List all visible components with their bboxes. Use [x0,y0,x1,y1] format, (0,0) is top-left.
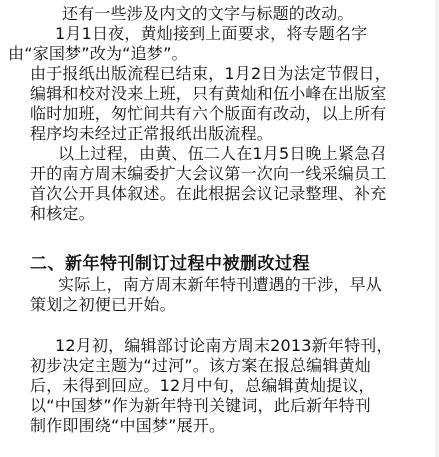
text-line: 以上过程，由黄、伍二人在1月5日晚上紧急召 [58,144,387,164]
text-line: 还有一些涉及内文的文字与标题的改动。 [62,4,354,24]
page-edge-strip [435,0,439,457]
text-line: 临时加班，匆忙间共有六个版面有改动，以上所有 [30,104,386,124]
text-line: 1月1日夜，黄灿接到上面要求，将专题名字 [55,24,367,44]
text-line: 制作即围绕“中国梦”展开。 [30,416,225,436]
text-line: 和核定。 [30,204,95,224]
text-line: 以“中国梦”作为新年特刊关键词，此后新年特刊 [30,396,371,416]
section-heading: 二、新年特刊制订过程中被删改过程 [30,254,310,274]
text-line: 由于报纸出版流程已结束，1月2日为法定节假日， [30,64,391,84]
text-line: 后，未得到回应。12月中旬，总编辑黄灿提议， [30,376,375,396]
text-line: 12月初，编辑部讨论南方周末2013新年特刊， [55,336,393,356]
text-line: 实际上，南方周末新年特刊遭遇的干涉，早从 [58,275,382,295]
text-line: 程序均未经过正常报纸出版流程。 [30,124,273,144]
text-line: 开的南方周末编委扩大会议第一次向一线采编员工 [30,164,386,184]
text-line: 首次公开具体叙述。在此根据会议记录整理、补充 [30,184,386,204]
text-line: 编辑和校对没来上班，只有黄灿和伍小峰在出版室 [30,84,386,104]
text-line: 由“家国梦”改为“追梦”。 [8,44,188,64]
text-line: 初步决定主题为“过河”。该方案在报总编辑黄灿 [30,356,371,376]
text-line: 策划之初便已开始。 [30,295,176,315]
